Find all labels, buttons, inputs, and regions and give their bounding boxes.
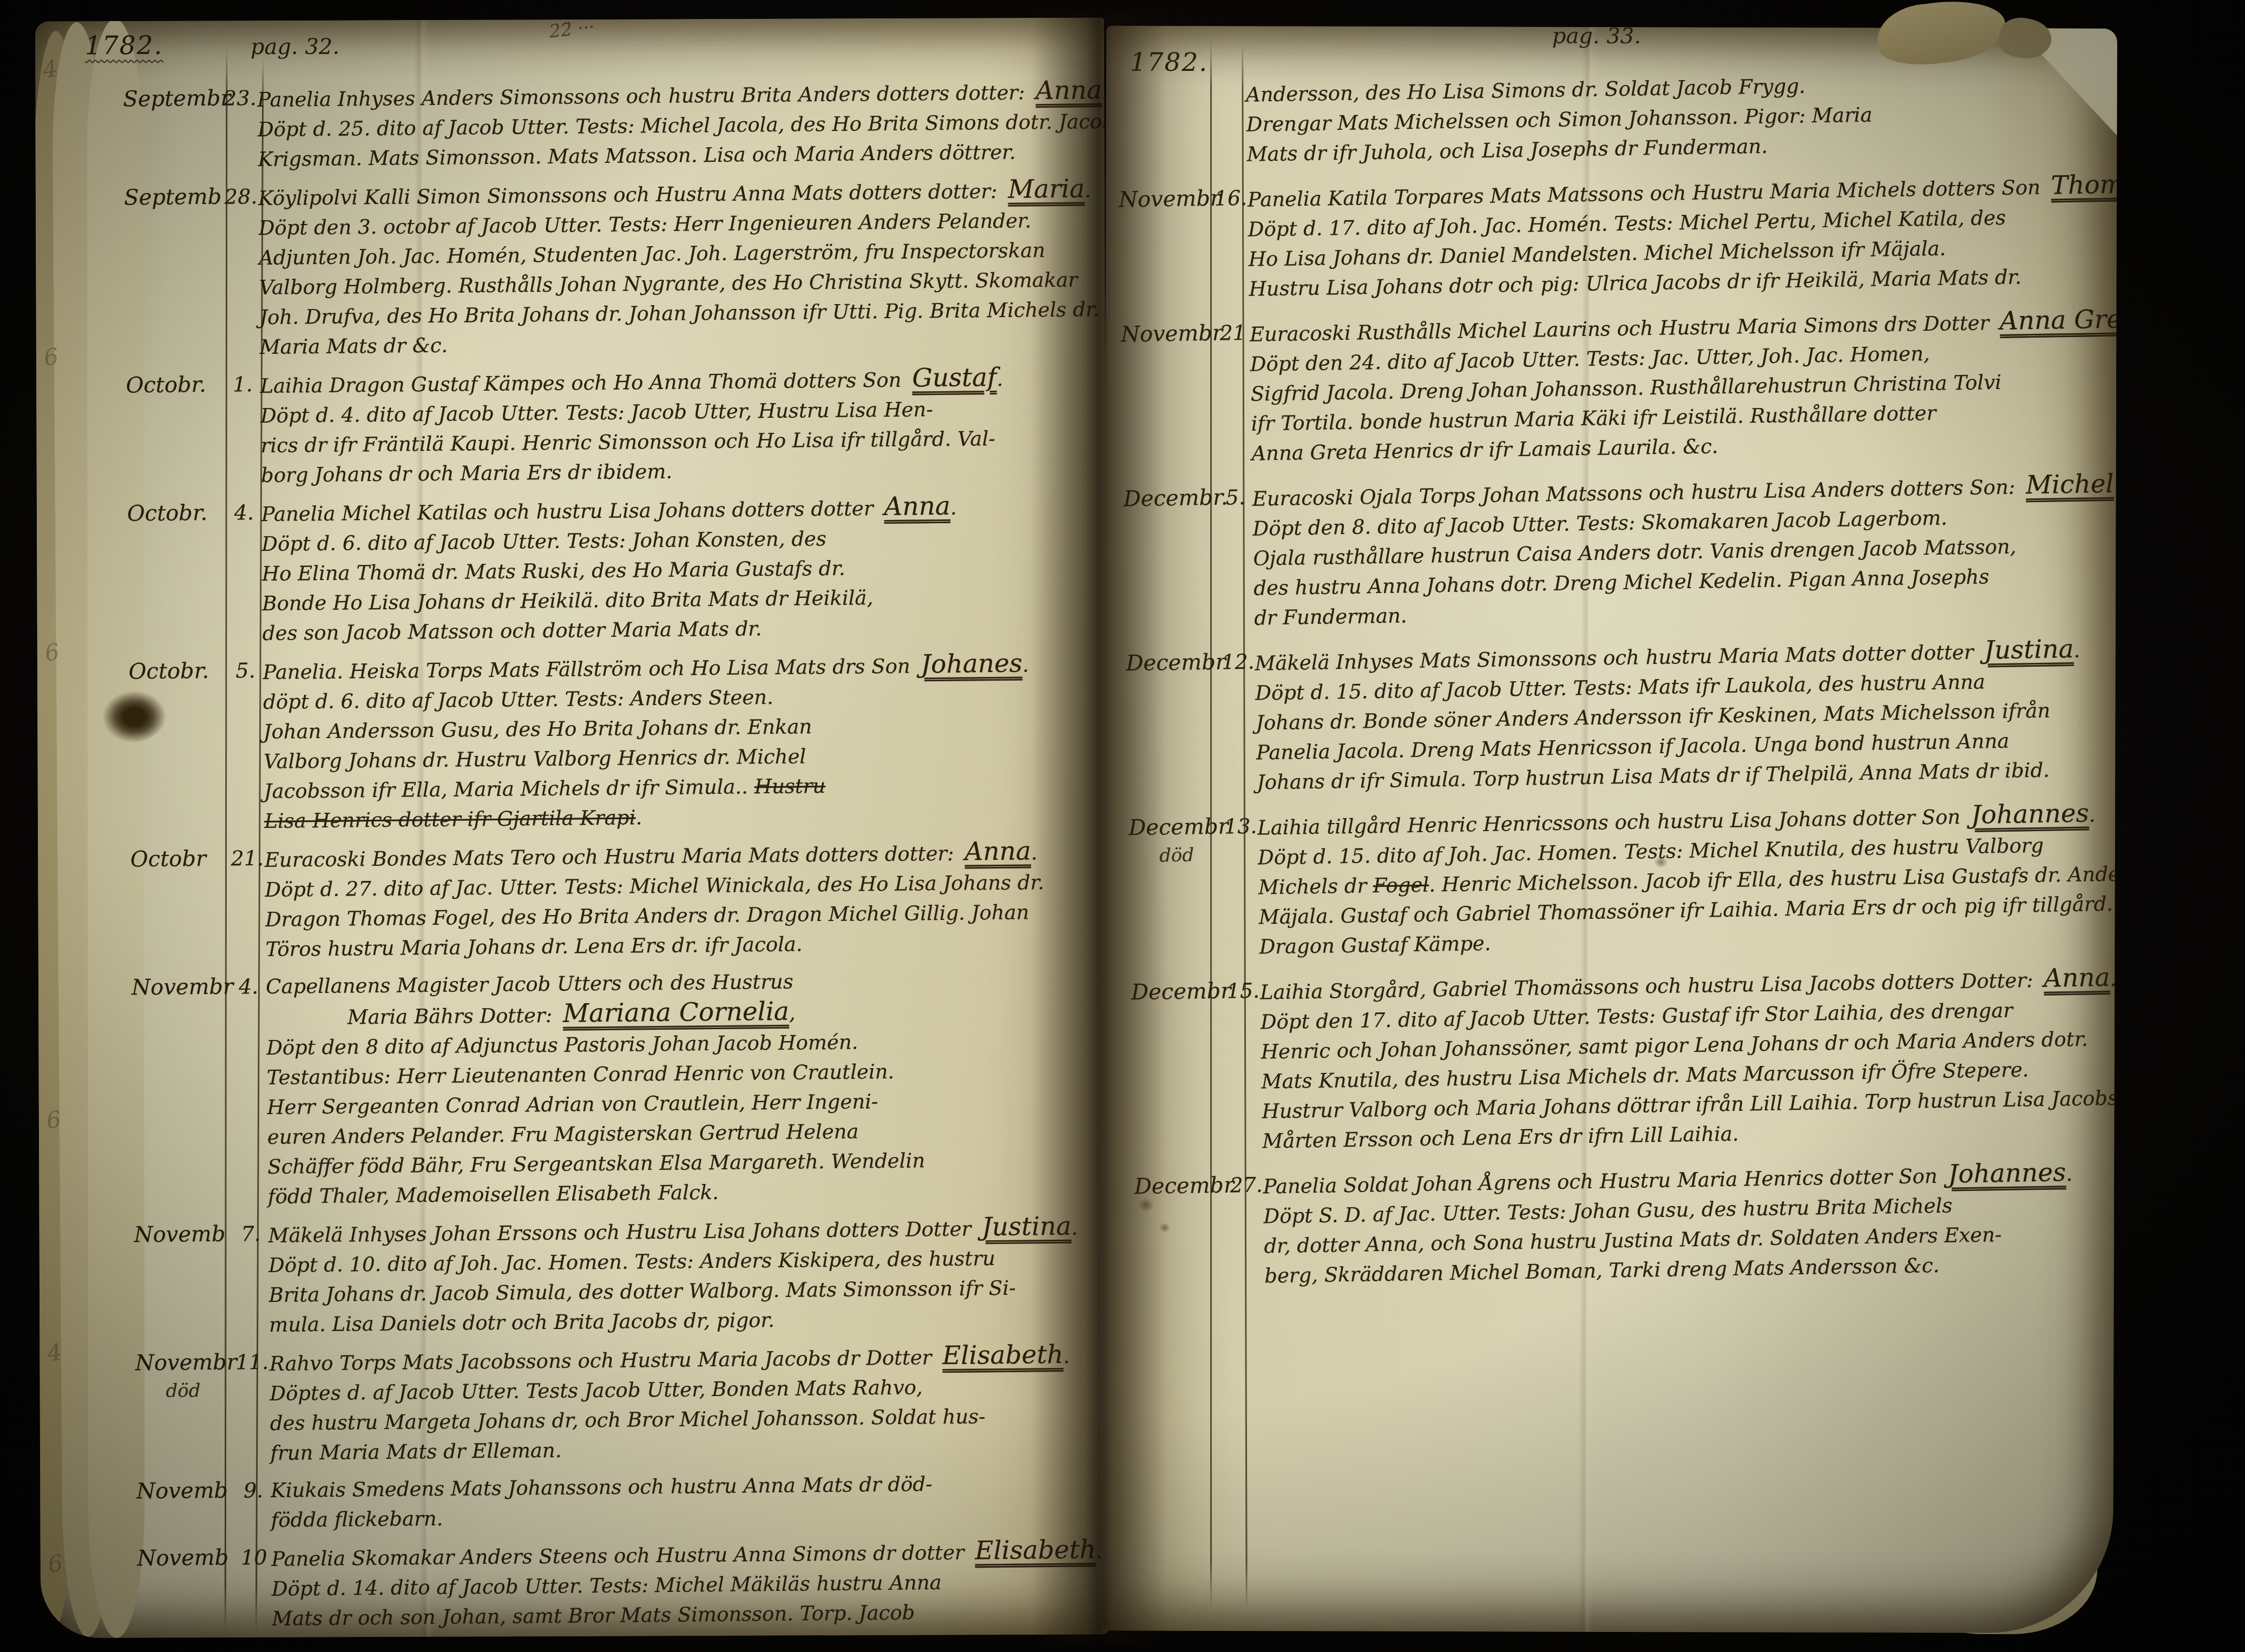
child-name: Johannes	[1944, 1157, 2066, 1189]
entry-margin: Decembr.	[1120, 483, 1220, 635]
death-note: död	[1159, 844, 1194, 866]
month-label: Octobr	[130, 844, 207, 874]
entry-margin: Novembrdöd	[96, 1348, 236, 1470]
entry-margin: Novemb	[97, 1476, 237, 1537]
entry-text: Panelia Michel Katilas och hustru Lisa J…	[261, 490, 1105, 648]
entry-text: Euracoski Ojala Torps Johan Matssons och…	[1252, 469, 2117, 633]
month-label: Octobr.	[126, 370, 206, 400]
entry-text: Laihia tillgård Henric Henricssons och h…	[1257, 798, 2117, 962]
entry-margin: Octobr.	[89, 656, 229, 838]
entry-text: Mäkelä Inhyses Johan Erssons och Hustru …	[268, 1211, 1110, 1340]
entry-text: Kiukais Smedens Mats Johanssons och hust…	[271, 1467, 1110, 1535]
day-number: 10	[237, 1543, 272, 1634]
month-label: Septemb	[124, 182, 221, 213]
entry-margin: Decembrdöd	[1125, 812, 1226, 964]
entry-margin: Octobr	[91, 844, 231, 966]
child-name: Elisabeth	[938, 1340, 1064, 1371]
day-number: 27.	[1229, 1170, 1264, 1292]
child-name: Johanes	[916, 649, 1022, 680]
day-number: 21.	[230, 844, 266, 965]
entry-text: Capellanens Magister Jacob Utters och de…	[266, 964, 1110, 1212]
entry-text: Mäkelä Inhyses Mats Simonssons och hustr…	[1255, 634, 2117, 798]
photo-of-register-book: 1782. pag. 32. 22̈ ··· Septembr23.Paneli…	[0, 0, 2245, 1652]
month-label: Octobr.	[127, 498, 208, 529]
entries-column: Septembr23.Panelia Inhyses Anders Simons…	[84, 75, 1110, 1638]
day-number: 12.	[1221, 647, 1257, 798]
day-number: 13.	[1224, 812, 1259, 963]
child-name: Gustaf	[908, 363, 997, 393]
month-label: Novemb	[136, 1476, 228, 1507]
entry-text: Panelia. Heiska Torps Mats Fällström och…	[262, 648, 1106, 836]
month-label: Octobr.	[128, 656, 209, 687]
day-number: 1.	[225, 370, 261, 491]
child-name: Anna	[2039, 963, 2110, 993]
child-name: Elisabeth	[970, 1535, 1096, 1565]
entry-text: Panelia Skomakar Anders Steens och Hustr…	[271, 1535, 1110, 1634]
day-number: 21	[1216, 318, 1252, 469]
month-label: Novembr	[1121, 318, 1223, 350]
child-name: Anna	[1031, 75, 1102, 106]
page-number-label: pag. 33.	[1552, 26, 1641, 49]
entries-column: Andersson, des Ho Lisa Simons dr. Soldat…	[1114, 67, 2117, 1307]
month-label: Novembr	[1119, 184, 1221, 215]
day-number: 16.	[1214, 183, 1249, 305]
day-number: 15.	[1226, 976, 1263, 1157]
entry-margin: Decembr	[1128, 977, 1229, 1159]
entry-text: Köylipolvi Kalli Simon Simonssons och Hu…	[258, 174, 1101, 362]
entry-text: Euracoski Rusthålls Michel Laurins och H…	[1249, 305, 2117, 469]
child-name: Johannes	[1966, 798, 2089, 830]
register-entry: Novembr21Euracoski Rusthålls Michel Laur…	[1118, 305, 2117, 471]
day-number: 23.	[222, 83, 258, 175]
struck-text: Lisa Henrics dotter ifr Gjartila Krapi	[264, 806, 636, 833]
child-name: Justina	[977, 1212, 1072, 1242]
entry-margin: Novembr	[1118, 319, 1218, 471]
entry-margin: Novembr	[93, 972, 233, 1213]
child-name: Anna	[879, 491, 950, 522]
entry-margin: Novemb	[95, 1220, 234, 1341]
child-name: Thomas	[2046, 169, 2117, 200]
month-label: Septembr	[123, 84, 231, 115]
child-name: Mariana Cornelia	[559, 997, 789, 1029]
entry-text: Euracoski Bondes Mats Tero och Hustru Ma…	[265, 835, 1107, 964]
ink-scribble: 22̈ ···	[548, 18, 596, 42]
year-label: 1782.	[1130, 48, 1209, 77]
register-entry: Octobr.4.Panelia Michel Katilas och hust…	[88, 490, 1105, 650]
entry-margin: Septembr	[84, 84, 224, 176]
entry-margin	[1114, 81, 1214, 172]
register-entry: Decembr15.Laihia Storgård, Gabriel Thomä…	[1128, 962, 2117, 1158]
month-label: Novemb	[137, 1543, 228, 1574]
register-entry: Novembrdöd11.Rahvo Torps Mats Jacobssons…	[96, 1339, 1110, 1470]
register-entry: Octobr21.Euracoski Bondes Mats Tero och …	[91, 835, 1107, 966]
register-entry: Decembr27.Panelia Soldat Johan Ågrens oc…	[1131, 1156, 2117, 1293]
entry-margin: Decembr	[1122, 648, 1223, 800]
entry-margin: Novembr	[1115, 184, 1216, 306]
month-label: Decembr	[1128, 812, 1229, 843]
struck-text: Hustru	[754, 774, 826, 798]
day-number: 5.	[1218, 483, 1254, 634]
left-page: 1782. pag. 32. 22̈ ··· Septembr23.Paneli…	[35, 18, 1110, 1638]
month-label: Decembr	[1134, 1170, 1234, 1202]
register-entry: Decembr.5.Euracoski Ojala Torps Johan Ma…	[1120, 469, 2117, 635]
entry-margin: Octobr.	[88, 498, 228, 650]
register-entry: Octobr.1.Laihia Dragon Gustaf Kämpes och…	[87, 361, 1102, 492]
entry-margin: Decembr	[1131, 1170, 1231, 1293]
struck-text: Fogel	[1373, 873, 1429, 898]
day-number: 4.	[231, 972, 268, 1212]
day-number: 4.	[227, 498, 263, 649]
entry-text: Laihia Dragon Gustaf Kämpes och Ho Anna …	[260, 361, 1102, 490]
register-entry: Novembr4.Capellanens Magister Jacob Utte…	[93, 964, 1110, 1213]
register-entry: Septemb28.Köylipolvi Kalli Simon Simonss…	[85, 174, 1101, 364]
day-number: 7.	[233, 1219, 269, 1340]
register-entry: Decembr12.Mäkelä Inhyses Mats Simonssons…	[1122, 634, 2117, 800]
page-number-label: pag. 32.	[251, 34, 339, 60]
entry-margin: Octobr.	[87, 370, 226, 492]
register-entry: Andersson, des Ho Lisa Simons dr. Soldat…	[1114, 67, 2113, 172]
register-entry: Novemb9.Kiukais Smedens Mats Johanssons …	[97, 1467, 1110, 1537]
register-entry: Novemb7.Mäkelä Inhyses Johan Erssons och…	[95, 1211, 1110, 1341]
entry-text: Panelia Soldat Johan Ågrens och Hustru M…	[1263, 1156, 2117, 1291]
child-name: Maria	[1003, 174, 1085, 204]
child-name: Justina	[1980, 634, 2074, 666]
child-name: Michel	[2021, 469, 2114, 501]
right-page: 1782. pag. 33. Andersson, des Ho Lisa Si…	[1102, 26, 2117, 1634]
month-label: Decembr.	[1123, 483, 1228, 514]
entry-text: Rahvo Torps Mats Jacobssons och Hustru M…	[270, 1339, 1110, 1468]
month-label: Decembr	[1126, 647, 1226, 679]
child-name: Anna Greta	[1995, 304, 2117, 336]
month-label: Novembr	[132, 972, 234, 1003]
month-label: Novembr	[135, 1348, 238, 1379]
day-number: 9.	[236, 1476, 271, 1536]
register-entry: Novemb10Panelia Skomakar Anders Steens o…	[98, 1535, 1110, 1635]
entry-text: Laihia Storgård, Gabriel Thomässons och …	[1260, 962, 2117, 1156]
day-number: 11.	[235, 1347, 271, 1469]
register-entry: Novembr16.Panelia Katila Torpares Mats M…	[1115, 170, 2115, 306]
child-name: Anna	[960, 836, 1031, 866]
month-label: Decembr	[1131, 976, 1231, 1008]
day-number	[1212, 80, 1248, 170]
register-entry: Octobr.5.Panelia. Heiska Torps Mats Fäll…	[89, 648, 1106, 838]
entry-margin: Novemb	[98, 1543, 238, 1635]
entry-text: Andersson, des Ho Lisa Simons dr. Soldat…	[1246, 67, 2113, 169]
entry-text: Panelia Inhyses Anders Simonssons och hu…	[257, 75, 1100, 174]
entry-margin: Septemb	[85, 182, 225, 364]
day-number: 28.	[224, 182, 260, 363]
register-entry: Septembr23.Panelia Inhyses Anders Simons…	[84, 75, 1100, 176]
register-entry: Decembrdöd13.Laihia tillgård Henric Henr…	[1125, 798, 2117, 964]
entry-text: Panelia Katila Torpares Mats Matssons oc…	[1248, 170, 2115, 304]
death-note: död	[166, 1380, 200, 1402]
day-number: 5.	[228, 656, 264, 837]
year-label: 1782.	[85, 31, 163, 61]
month-label: Novemb	[134, 1220, 225, 1250]
